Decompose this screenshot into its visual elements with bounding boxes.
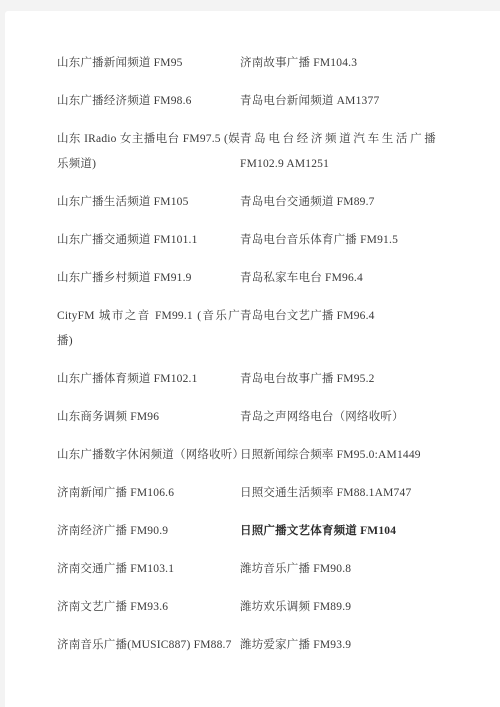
station-entry-left: 山东商务调频 FM96: [57, 405, 240, 430]
station-entry-right: 青岛电台经济频道汽车生活广播 FM102.9 AM1251: [240, 127, 436, 177]
station-entry-left: 济南音乐广播(MUSIC887) FM88.7: [57, 633, 240, 658]
station-entry-left: CityFM 城市之音 FM99.1 (音乐广播): [57, 304, 240, 354]
station-entry-left: 山东 IRadio 女主播电台 FM97.5 (娱乐频道): [57, 127, 240, 177]
station-row: 山东广播数字休闲频道（网络收听） 日照新闻综合频率 FM95.0:AM1449: [57, 443, 500, 468]
station-row: 济南经济广播 FM90.9 日照广播文艺体育频道 FM104: [57, 519, 500, 544]
station-entry-right: 日照交通生活频率 FM88.1AM747: [240, 481, 436, 506]
station-entry-right: 日照新闻综合频率 FM95.0:AM1449: [240, 443, 436, 468]
station-entry-right: 青岛电台音乐体育广播 FM91.5: [240, 228, 436, 253]
station-entry-right: 青岛私家车电台 FM96.4: [240, 266, 436, 291]
station-entry-left: 济南新闻广播 FM106.6: [57, 481, 240, 506]
station-entry-right: 济南故事广播 FM104.3: [240, 51, 436, 76]
station-entry-right: 青岛电台新闻频道 AM1377: [240, 89, 436, 114]
station-row: 山东 IRadio 女主播电台 FM97.5 (娱乐频道) 青岛电台经济频道汽车…: [57, 127, 500, 177]
station-row: 济南音乐广播(MUSIC887) FM88.7 潍坊爱家广播 FM93.9: [57, 633, 500, 658]
station-row: 山东广播乡村频道 FM91.9 青岛私家车电台 FM96.4: [57, 266, 500, 291]
station-entry-left: 山东广播生活频道 FM105: [57, 190, 240, 215]
station-entry-left: 山东广播新闻频道 FM95: [57, 51, 240, 76]
station-entry-left: 济南文艺广播 FM93.6: [57, 595, 240, 620]
document-page: 山东广播新闻频道 FM95 济南故事广播 FM104.3 山东广播经济频道 FM…: [5, 11, 500, 707]
station-row: 山东广播体育频道 FM102.1 青岛电台故事广播 FM95.2: [57, 367, 500, 392]
station-list: 山东广播新闻频道 FM95 济南故事广播 FM104.3 山东广播经济频道 FM…: [5, 11, 500, 658]
station-row: 山东广播交通频道 FM101.1 青岛电台音乐体育广播 FM91.5: [57, 228, 500, 253]
station-row: 山东广播新闻频道 FM95 济南故事广播 FM104.3: [57, 51, 500, 76]
station-entry-left: 山东广播交通频道 FM101.1: [57, 228, 240, 253]
station-row: 山东广播生活频道 FM105 青岛电台交通频道 FM89.7: [57, 190, 500, 215]
station-row: CityFM 城市之音 FM99.1 (音乐广播) 青岛电台文艺广播 FM96.…: [57, 304, 500, 354]
station-entry-left: 山东广播数字休闲频道（网络收听）: [57, 443, 240, 468]
station-entry-right: 青岛电台故事广播 FM95.2: [240, 367, 436, 392]
station-entry-right: 潍坊音乐广播 FM90.8: [240, 557, 436, 582]
station-entry-right: 潍坊爱家广播 FM93.9: [240, 633, 436, 658]
station-entry-right: 青岛电台文艺广播 FM96.4: [240, 304, 436, 354]
station-entry-right: 青岛电台交通频道 FM89.7: [240, 190, 436, 215]
station-row: 济南文艺广播 FM93.6 潍坊欢乐调频 FM89.9: [57, 595, 500, 620]
page-top-margin: [0, 0, 500, 11]
station-row: 济南新闻广播 FM106.6 日照交通生活频率 FM88.1AM747: [57, 481, 500, 506]
station-entry-right: 青岛之声网络电台（网络收听）: [240, 405, 436, 430]
station-entry-right: 潍坊欢乐调频 FM89.9: [240, 595, 436, 620]
station-entry-left: 山东广播体育频道 FM102.1: [57, 367, 240, 392]
station-row: 山东广播经济频道 FM98.6 青岛电台新闻频道 AM1377: [57, 89, 500, 114]
station-entry-left: 济南交通广播 FM103.1: [57, 557, 240, 582]
station-row: 济南交通广播 FM103.1 潍坊音乐广播 FM90.8: [57, 557, 500, 582]
station-row: 山东商务调频 FM96 青岛之声网络电台（网络收听）: [57, 405, 500, 430]
station-entry-left: 山东广播乡村频道 FM91.9: [57, 266, 240, 291]
station-entry-left: 山东广播经济频道 FM98.6: [57, 89, 240, 114]
station-entry-left: 济南经济广播 FM90.9: [57, 519, 240, 544]
document-viewport: 山东广播新闻频道 FM95 济南故事广播 FM104.3 山东广播经济频道 FM…: [0, 0, 500, 707]
station-entry-right: 日照广播文艺体育频道 FM104: [240, 519, 436, 544]
